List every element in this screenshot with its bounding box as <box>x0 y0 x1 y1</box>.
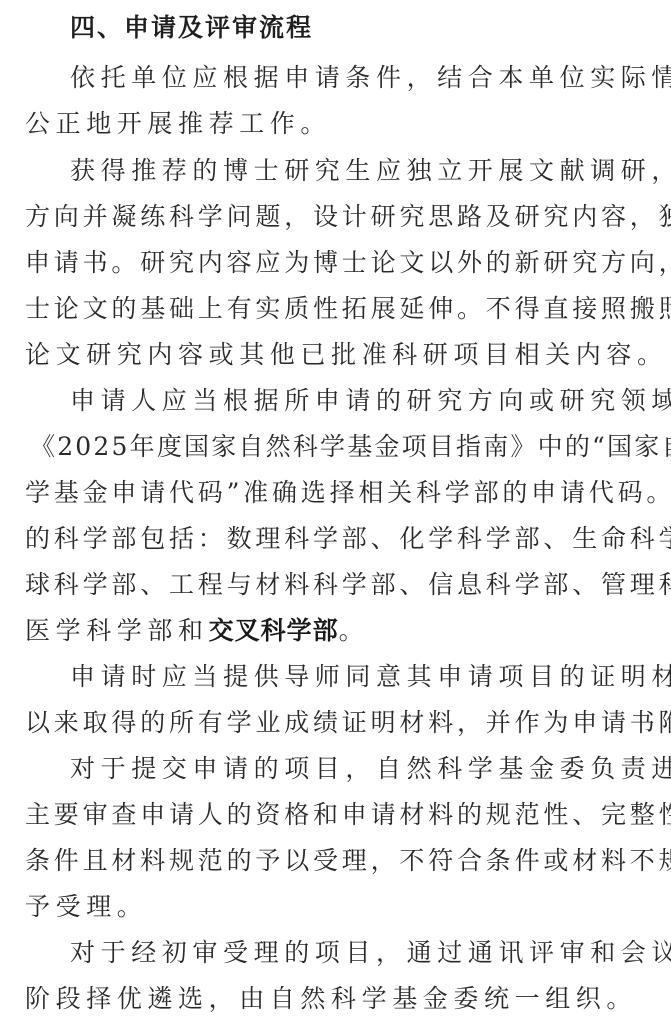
paragraph-line: 医学科学部和交叉科学部。 <box>25 608 645 654</box>
paragraph-line: 依托单位应根据申请条件，结合本单位实际情况，公平 <box>70 55 671 101</box>
paragraph-line: 予受理。 <box>25 884 645 930</box>
paragraph-line: 士论文的基础上有实质性拓展延伸。不得直接照搬照抄博士 <box>25 286 645 332</box>
paragraph-line: 申请时应当提供导师同意其申请项目的证明材料、本科 <box>70 654 671 700</box>
paragraph-line: 学基金申请代码”准确选择相关科学部的申请代码。可选择 <box>25 470 645 516</box>
section-heading: 四、申请及评审流程 <box>70 5 671 51</box>
paragraph-line: 阶段择优遴选，由自然科学基金委统一组织。 <box>25 976 645 1022</box>
paragraph-line: 条件且材料规范的予以受理，不符合条件或材料不规范的不 <box>25 838 645 884</box>
paragraph-line: 对于提交申请的项目，自然科学基金委负责进行初审， <box>70 746 671 792</box>
line-suffix: 。 <box>339 616 370 645</box>
paragraph-line: 对于经初审受理的项目，通过通讯评审和会议评审两个 <box>70 930 671 976</box>
line-text: 医学科学部和 <box>25 616 209 645</box>
paragraph-line: 方向并凝练科学问题，设计研究思路及研究内容，独立撰写 <box>25 194 645 240</box>
paragraph-line: 主要审查申请人的资格和申请材料的规范性、完整性，符合 <box>25 792 645 838</box>
paragraph-line: 球科学部、工程与材料科学部、信息科学部、管理科学部、 <box>25 562 645 608</box>
paragraph-line: 论文研究内容或其他已批准科研项目相关内容。 <box>25 332 645 378</box>
bold-phrase: 交叉科学部 <box>209 616 339 645</box>
paragraph-line: 的科学部包括：数理科学部、化学科学部、生命科学部、地 <box>25 516 645 562</box>
paragraph-line: 申请人应当根据所申请的研究方向或研究领域，按照 <box>70 378 671 424</box>
paragraph-line: 获得推荐的博士研究生应独立开展文献调研，提出研究 <box>70 148 671 194</box>
paragraph-line: 以来取得的所有学业成绩证明材料，并作为申请书附件上传。 <box>25 700 645 746</box>
paragraph-line: 《2025年度国家自然科学基金项目指南》中的“国家自然科 <box>30 424 650 470</box>
paragraph-line: 公正地开展推荐工作。 <box>25 101 645 147</box>
paragraph-line: 申请书。研究内容应为博士论文以外的新研究方向，或在博 <box>25 240 645 286</box>
